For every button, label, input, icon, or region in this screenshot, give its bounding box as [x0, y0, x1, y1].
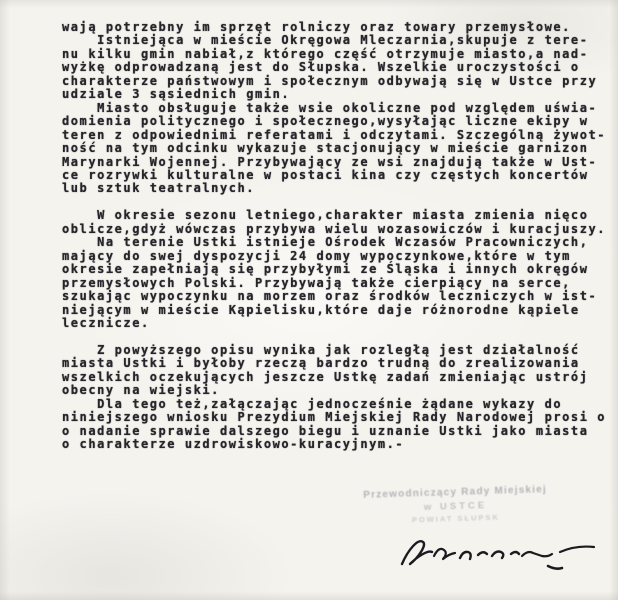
official-stamp: Przewodniczący Rady Miejskiej w USTCE PO…	[347, 484, 563, 527]
text-line: miasta Ustki i byłoby rzeczą bardzo trud…	[62, 357, 614, 370]
text-line: Na terenie Ustki istnieje Ośrodek Wczasó…	[62, 236, 614, 249]
text-line: ność na tym odcinku wykazuje stacjonując…	[62, 142, 614, 155]
text-line: niejącym w mieście Kąpielisku,które daje…	[62, 304, 614, 317]
text-line: udziale 3 sąsiednich gmin.	[62, 88, 614, 101]
stamp-authority-line: Przewodniczący Rady Miejskiej	[347, 484, 562, 502]
text-line: okresie zapełniają się przybyłymi ze Ślą…	[62, 263, 614, 276]
text-line: lecznicze.	[62, 317, 614, 330]
text-line: W okresie sezonu letniego,charakter mias…	[62, 209, 614, 222]
text-line: Istniejąca w mieście Okręgowa Mleczarnia…	[62, 34, 614, 47]
text-line: niniejszego wniosku Prezydium Miejskiej …	[62, 411, 614, 424]
text-line: lub sztuk teatralnych.	[62, 182, 614, 195]
text-line: domienia politycznego i społecznego,wysy…	[62, 115, 614, 128]
text-line: szukając wypoczynku na morzem oraz środk…	[62, 290, 614, 303]
text-line: o charakterze uzdrowiskowo-kuracyjnym.-	[62, 438, 614, 451]
handwritten-signature	[398, 528, 598, 580]
stamp-district-line: POWIAT SŁUPSK	[348, 511, 563, 527]
text-line: Marynarki Wojennej. Przybywający ze wsi …	[62, 156, 614, 169]
document-body-text: wają potrzebny im sprzęt rolniczy oraz t…	[62, 21, 614, 452]
text-line	[62, 330, 614, 343]
document-page: wają potrzebny im sprzęt rolniczy oraz t…	[0, 0, 618, 600]
text-line: wyżkę odprowadzaną jest do Słupska. Wsze…	[62, 61, 614, 74]
stamp-city-line: w USTCE	[348, 498, 563, 516]
text-line: obecny na wiejski.	[62, 384, 614, 397]
